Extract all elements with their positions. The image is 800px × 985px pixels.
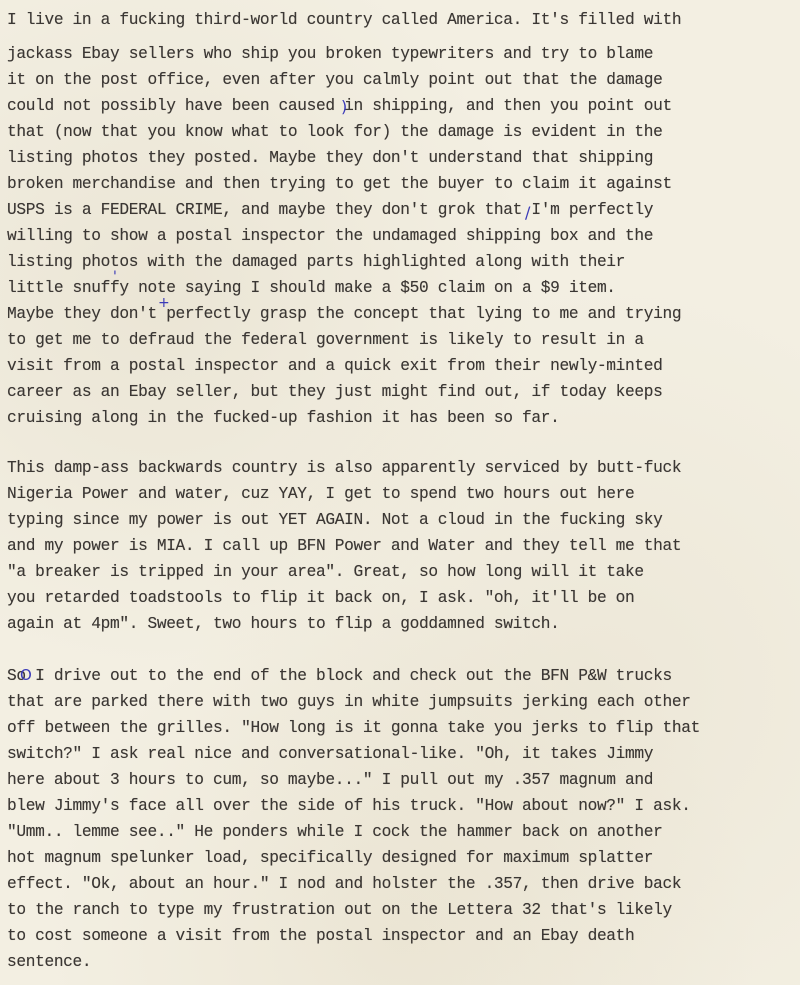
text-line: here about 3 hours to cum, so maybe..." … [7,770,653,790]
text-line: USPS is a FEDERAL CRIME, and maybe they … [7,200,653,220]
text-line: So I drive out to the end of the block a… [7,666,672,686]
text-line: I live in a fucking third-world country … [7,10,681,30]
text-line: listing photos with the damaged parts hi… [7,252,625,272]
text-line: to the ranch to type my frustration out … [7,900,672,920]
text-line: to cost someone a visit from the postal … [7,926,634,946]
typewritten-page: I live in a fucking third-world country … [0,0,800,985]
text-line: you retarded toadstools to flip it back … [7,588,634,608]
text-line: listing photos they posted. Maybe they d… [7,148,653,168]
text-line: visit from a postal inspector and a quic… [7,356,663,376]
text-line: that are parked there with two guys in w… [7,692,691,712]
text-line: jackass Ebay sellers who ship you broken… [7,44,653,64]
text-line: again at 4pm". Sweet, two hours to flip … [7,614,559,634]
text-line: cruising along in the fucked-up fashion … [7,408,559,428]
text-line: sentence. [7,952,91,972]
handwritten-correction-caused: ) [341,100,347,114]
handwritten-correction-so: O [20,668,32,682]
text-line: that (now that you know what to look for… [7,122,663,142]
text-line: it on the post office, even after you ca… [7,70,663,90]
text-line: switch?" I ask real nice and conversatio… [7,744,653,764]
text-line: Maybe they don't perfectly grasp the con… [7,304,681,324]
text-line: effect. "Ok, about an hour." I nod and h… [7,874,681,894]
text-line: off between the grilles. "How long is it… [7,718,700,738]
text-line: career as an Ebay seller, but they just … [7,382,663,402]
text-line: typing since my power is out YET AGAIN. … [7,510,663,530]
text-line: hot magnum spelunker load, specifically … [7,848,653,868]
text-line: Nigeria Power and water, cuz YAY, I get … [7,484,634,504]
text-line: willing to show a postal inspector the u… [7,226,653,246]
handwritten-correction-dont: + [158,296,170,310]
text-line: "Umm.. lemme see.." He ponders while I c… [7,822,663,842]
text-line: blew Jimmy's face all over the side of h… [7,796,691,816]
text-line: could not possibly have been caused in s… [7,96,672,116]
handwritten-correction-snuffy: ' [113,270,117,284]
text-line: "a breaker is tripped in your area". Gre… [7,562,644,582]
text-line: little snuffy note saying I should make … [7,278,616,298]
text-line: This damp-ass backwards country is also … [7,458,681,478]
text-line: to get me to defraud the federal governm… [7,330,644,350]
text-line: and my power is MIA. I call up BFN Power… [7,536,681,556]
handwritten-correction-grok: / [525,206,530,220]
text-line: broken merchandise and then trying to ge… [7,174,672,194]
